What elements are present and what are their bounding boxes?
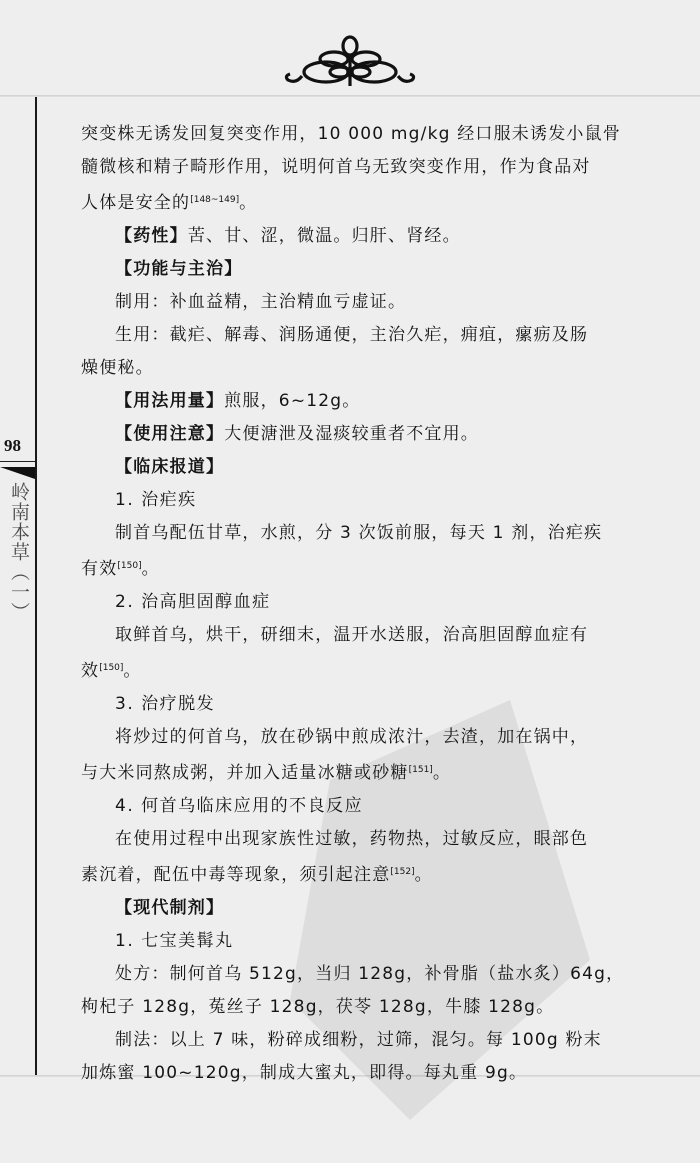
page-content: 突变株无诱发回复突变作用，10 000 mg/kg 经口服未诱发小鼠骨 髓微核和… (81, 118, 656, 1090)
period: 。 (433, 763, 451, 783)
report-1-text: 有效 (81, 559, 117, 579)
page-number-underline (0, 461, 35, 462)
report-2-text: 效 (81, 661, 99, 681)
method-line-1: 制法：以上 7 味，粉碎成细粉，过筛，混匀。每 100g 粉末 (81, 1024, 656, 1057)
yongfa-paragraph: 【用法用量】煎服，6~12g。 (81, 385, 656, 418)
report-3-line-1: 将炒过的何首乌，放在砂锅中煎成浓汁，去渣，加在锅中， (81, 721, 656, 754)
period: 。 (142, 559, 160, 579)
intro-text: 人体是安全的 (81, 193, 190, 213)
section-heading-yaoxing: 【药性】 (115, 226, 188, 246)
citation: [150] (99, 663, 123, 673)
report-2-line-1: 取鲜首乌，烘干，研细末，温开水送服，治高胆固醇血症有 (81, 619, 656, 652)
report-4-line-1: 在使用过程中出现家族性过敏，药物热，过敏反应，眼部色 (81, 823, 656, 856)
period: 。 (123, 661, 141, 681)
book-title: 岭南本草（一） (7, 482, 31, 622)
report-1-title: 1. 治疟疾 (81, 484, 656, 517)
section-heading-linchuang: 【临床报道】 (81, 451, 656, 484)
citation: [152] (390, 867, 414, 877)
prescription-line-1: 处方：制何首乌 512g，当归 128g，补骨脂（盐水炙）64g， (81, 958, 656, 991)
shengyong-text-2: 燥便秘。 (81, 352, 656, 385)
intro-line-2: 髓微核和精子畸形作用，说明何首乌无致突变作用，作为食品对 (81, 151, 656, 184)
section-heading-gongneng: 【功能与主治】 (81, 253, 656, 286)
margin-rule (35, 97, 37, 1077)
report-1-line-1: 制首乌配伍甘草，水煎，分 3 次饭前服，每天 1 剂，治疟疾 (81, 517, 656, 550)
shengyong-text-1: 生用：截疟、解毒、润肠通便，主治久疟，痈疽，瘰疬及肠 (81, 319, 656, 352)
preparation-1-title: 1. 七宝美髯丸 (81, 925, 656, 958)
yaoxing-text: 苦、甘、涩，微温。归肝、肾经。 (188, 226, 461, 246)
period: 。 (239, 193, 257, 213)
report-2-title: 2. 治高胆固醇血症 (81, 586, 656, 619)
knot-ornament-icon (280, 34, 420, 90)
zhuyi-text: 大便溏泄及湿痰较重者不宜用。 (224, 424, 479, 444)
report-4-line-2: 素沉着，配伍中毒等现象，须引起注意[152]。 (81, 856, 656, 892)
report-3-line-2: 与大米同熬成粥，并加入适量冰糖或砂糖[151]。 (81, 754, 656, 790)
report-4-title: 4. 何首乌临床应用的不良反应 (81, 790, 656, 823)
report-3-text: 与大米同熬成粥，并加入适量冰糖或砂糖 (81, 763, 409, 783)
page-number: 98 (4, 436, 21, 456)
prescription-line-2: 枸杞子 128g，菟丝子 128g，茯苓 128g，牛膝 128g。 (81, 991, 656, 1024)
zhiyong-text: 制用：补血益精，主治精血亏虚证。 (81, 286, 656, 319)
citation: [151] (409, 765, 433, 775)
section-heading-yongfa: 【用法用量】 (115, 391, 224, 411)
citation: [150] (117, 561, 141, 571)
report-4-text: 素沉着，配伍中毒等现象，须引起注意 (81, 865, 390, 885)
section-heading-xiandai: 【现代制剂】 (81, 892, 656, 925)
header-rule (0, 95, 700, 97)
yongfa-text: 煎服，6~12g。 (224, 391, 360, 411)
report-2-line-2: 效[150]。 (81, 652, 656, 688)
zhuyi-paragraph: 【使用注意】大便溏泄及湿痰较重者不宜用。 (81, 418, 656, 451)
section-heading-zhuyi: 【使用注意】 (115, 424, 224, 444)
page-number-wedge (0, 467, 35, 479)
method-line-2: 加炼蜜 100~120g，制成大蜜丸，即得。每丸重 9g。 (81, 1057, 656, 1090)
period: 。 (415, 865, 433, 885)
intro-line-1: 突变株无诱发回复突变作用，10 000 mg/kg 经口服未诱发小鼠骨 (81, 118, 656, 151)
yaoxing-paragraph: 【药性】苦、甘、涩，微温。归肝、肾经。 (81, 220, 656, 253)
citation: [148~149] (190, 195, 239, 205)
report-3-title: 3. 治疗脱发 (81, 688, 656, 721)
intro-line-3: 人体是安全的[148~149]。 (81, 184, 656, 220)
report-1-line-2: 有效[150]。 (81, 550, 656, 586)
